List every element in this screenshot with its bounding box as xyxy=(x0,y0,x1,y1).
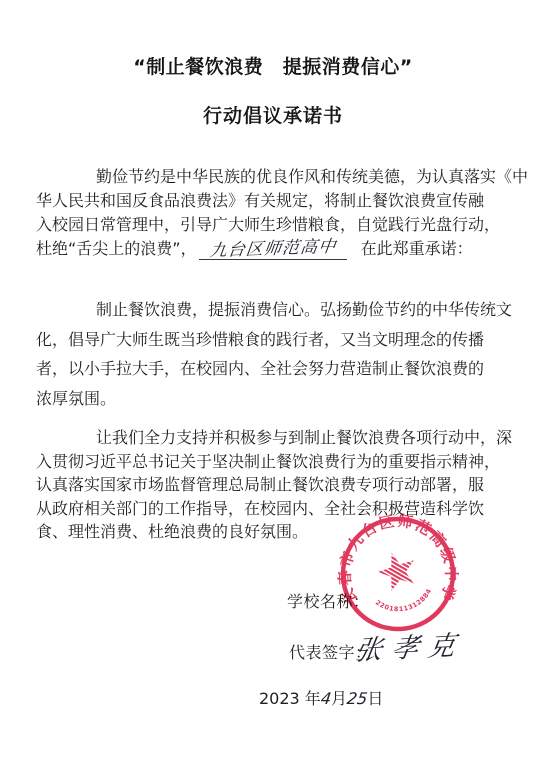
seal-star-icon xyxy=(373,547,420,593)
paragraph-1-closing: 在此郑重承诺： xyxy=(361,239,473,258)
date-day-unit: 日 xyxy=(367,689,383,708)
paragraph-2: 制止餐饮浪费，提振消费信心。弘扬勤俭节约的中华传统文 化，倡导广大师生既当珍惜粮… xyxy=(0,295,541,413)
date-month-unit: 月 xyxy=(331,689,347,708)
document-title-line2: 行动倡议承诺书 xyxy=(0,101,546,128)
paragraph-1: 勤俭节约是中华民族的优良作风和传统美德，为认真落实《中 华人民共和国反食品浪费法… xyxy=(0,165,541,261)
date-day-handwritten: 25 xyxy=(346,689,369,708)
handwritten-school-name: 九台区师范高中 xyxy=(208,237,337,261)
handwritten-school-name-underline: 九台区师范高中 xyxy=(199,239,347,260)
paragraph-3: 让我们全力支持并积极参与到制止餐饮浪费各项行动中，深 入贯彻习近平总书记关于坚决… xyxy=(0,426,541,544)
pledge-document-page: “制止餐饮浪费 提振消费信心” 行动倡议承诺书 勤俭节约是中华民族的优良作风和传… xyxy=(0,0,546,770)
school-seal-stamp-icon: 长春市九台区师范高级中学 2201811312884 xyxy=(326,502,471,647)
seal-serial-number: 2201811312884 xyxy=(372,586,435,617)
date-line: 2023 年4月25日 xyxy=(259,686,383,709)
date-year: 2023 年 xyxy=(259,689,321,708)
document-title-line1: “制止餐饮浪费 提振消费信心” xyxy=(0,52,546,79)
